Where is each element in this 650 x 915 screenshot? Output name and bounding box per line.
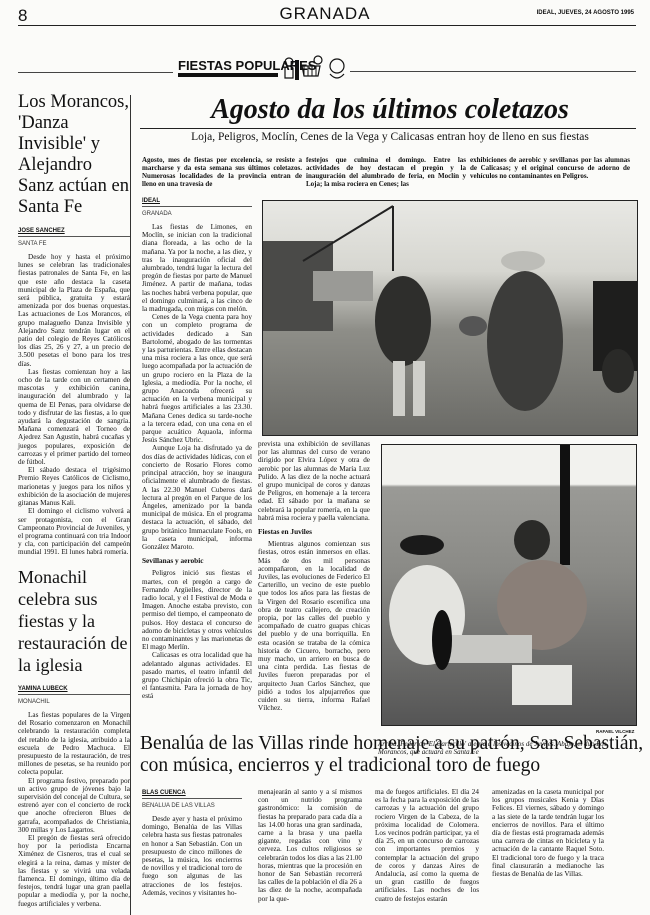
byline: YAMINA LUBECK bbox=[18, 686, 130, 692]
headline: Los Morancos, 'Danza Invisible' y Alejan… bbox=[18, 92, 130, 218]
date-line: IDEAL, JUEVES, 24 AGOSTO 1995 bbox=[537, 10, 634, 16]
subheading: Sevillanas y aerobic bbox=[142, 557, 252, 565]
page-number: 8 bbox=[18, 6, 27, 26]
byline: JOSE SANCHEZ bbox=[18, 228, 130, 234]
bottom-col-2: menajearán al santo y a sí mismos con un… bbox=[258, 788, 362, 903]
intro-col-1: Agosto, mes de fiestas por excelencia, s… bbox=[142, 156, 302, 188]
intro-col-3: exhibiciones de aerobic y sevillanas por… bbox=[470, 156, 630, 180]
story-monachil: Monachil celebra sus fiestas y la restau… bbox=[18, 566, 130, 908]
column-divider bbox=[130, 95, 131, 915]
article-body: prevista una exhibición de sevillanas po… bbox=[258, 440, 370, 713]
subheading: Fiestas en Juviles bbox=[258, 528, 370, 536]
kicker-rule-left bbox=[18, 72, 173, 73]
main-subheadline: Loja, Peligros, Moclín, Cenes de la Vega… bbox=[140, 131, 640, 143]
dateline-place: GRANADA bbox=[142, 211, 252, 217]
masthead-rule bbox=[18, 25, 636, 26]
festival-illustration-icon bbox=[282, 54, 348, 82]
kicker-underline bbox=[178, 73, 278, 77]
bottom-headline: Benalúa de las Villas rinde homenaje a s… bbox=[140, 733, 650, 777]
byline: IDEAL bbox=[142, 198, 252, 204]
intro-col-2: festejos que culmina el domingo. Entre l… bbox=[306, 156, 466, 188]
bottom-col-3: ma de fuegos artificiales. El día 24 es … bbox=[375, 788, 479, 903]
photo-los-morancos bbox=[381, 444, 637, 726]
main-col-1: IDEAL GRANADA Las fiestas de Limones, en… bbox=[142, 198, 252, 701]
article-body: Desde hoy y hasta el próximo lunes se ce… bbox=[18, 253, 130, 557]
byline: BLAS CUENCA bbox=[142, 790, 242, 796]
article-body: Las fiestas de Limones, en Moclín, se in… bbox=[142, 223, 252, 701]
headline-rule bbox=[140, 128, 636, 129]
headline: Monachil celebra sus fiestas y la restau… bbox=[18, 566, 130, 676]
bottom-col-4: amenizadas en la caseta municipal por lo… bbox=[492, 788, 604, 878]
article-body: Las fiestas populares de la Virgen del R… bbox=[18, 711, 130, 908]
bottom-col-1: BLAS CUENCA BENALUA DE LAS VILLAS Desde … bbox=[142, 790, 242, 897]
main-headline: Agosto da los últimos coletazos bbox=[140, 94, 640, 126]
dateline-place: BENALUA DE LAS VILLAS bbox=[142, 803, 242, 809]
photo-juviles bbox=[262, 200, 638, 436]
article-body: Desde ayer y hasta el próximo domingo, B… bbox=[142, 815, 242, 897]
kicker-rule-right bbox=[350, 71, 636, 72]
photo-figures bbox=[263, 201, 638, 436]
photo-figures bbox=[382, 445, 637, 726]
dateline-place: MONACHIL bbox=[18, 699, 130, 705]
story-santa-fe: Los Morancos, 'Danza Invisible' y Alejan… bbox=[18, 92, 130, 557]
dateline-place: SANTA FE bbox=[18, 241, 130, 247]
main-col-2: prevista una exhibición de sevillanas po… bbox=[258, 440, 370, 713]
